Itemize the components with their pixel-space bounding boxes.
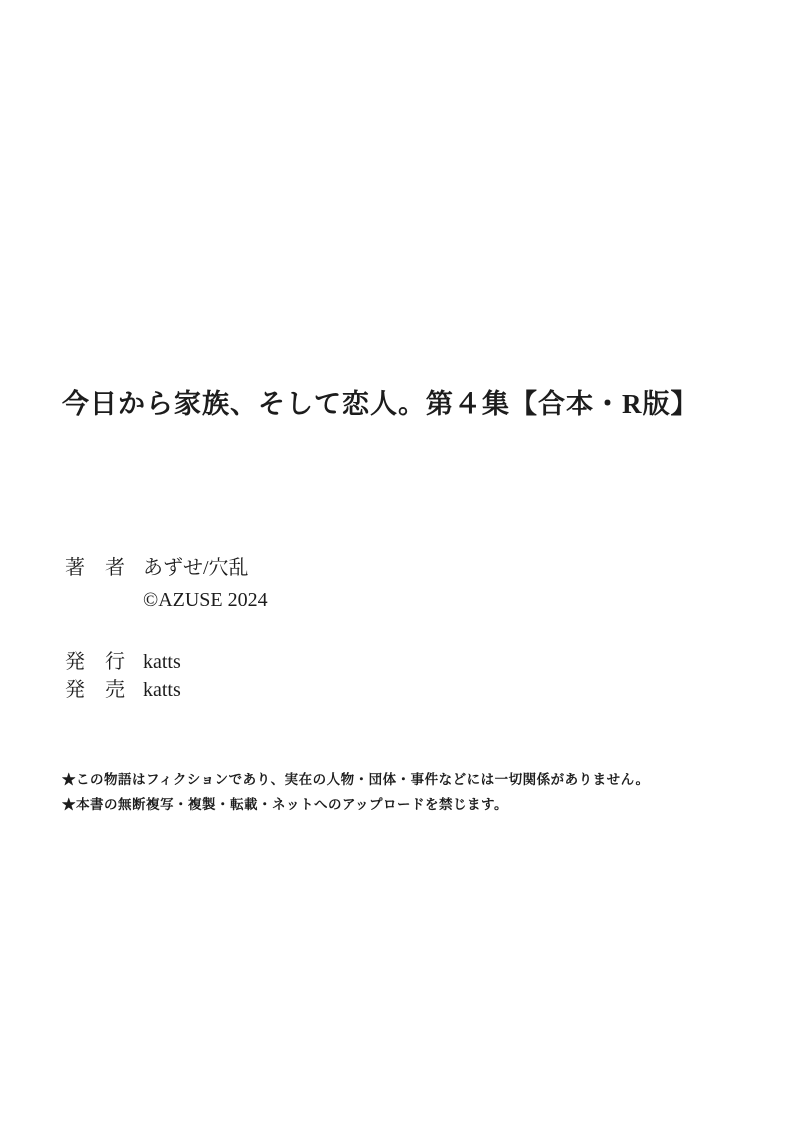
colophon-page: 今日から家族、そして恋人。第４集【合本・R版】 著 者あずせ/穴乱 ©AZUSE… bbox=[0, 0, 790, 1124]
distributor-label: 発 売 bbox=[65, 678, 125, 702]
notice-copy-prohibition: ★本書の無断複写・複製・転載・ネットへのアップロードを禁じます。 bbox=[62, 793, 649, 818]
notice-fiction-disclaimer: ★この物語はフィクションであり、実在の人物・団体・事件などには一切関係がありませ… bbox=[62, 768, 649, 793]
author-label: 著 者 bbox=[65, 556, 125, 580]
book-title: 今日から家族、そして恋人。第４集【合本・R版】 bbox=[62, 390, 699, 420]
author-name: あずせ/穴乱 bbox=[143, 556, 249, 580]
distributor-name: katts bbox=[143, 678, 181, 702]
publisher-name: katts bbox=[143, 650, 181, 674]
publisher-label: 発 行 bbox=[65, 650, 125, 674]
publisher-row: 発 行katts bbox=[65, 650, 181, 674]
author-row: 著 者あずせ/穴乱 bbox=[65, 556, 249, 580]
copyright-line: ©AZUSE 2024 bbox=[143, 588, 268, 612]
notices-block: ★この物語はフィクションであり、実在の人物・団体・事件などには一切関係がありませ… bbox=[62, 768, 649, 818]
distributor-row: 発 売katts bbox=[65, 678, 181, 702]
